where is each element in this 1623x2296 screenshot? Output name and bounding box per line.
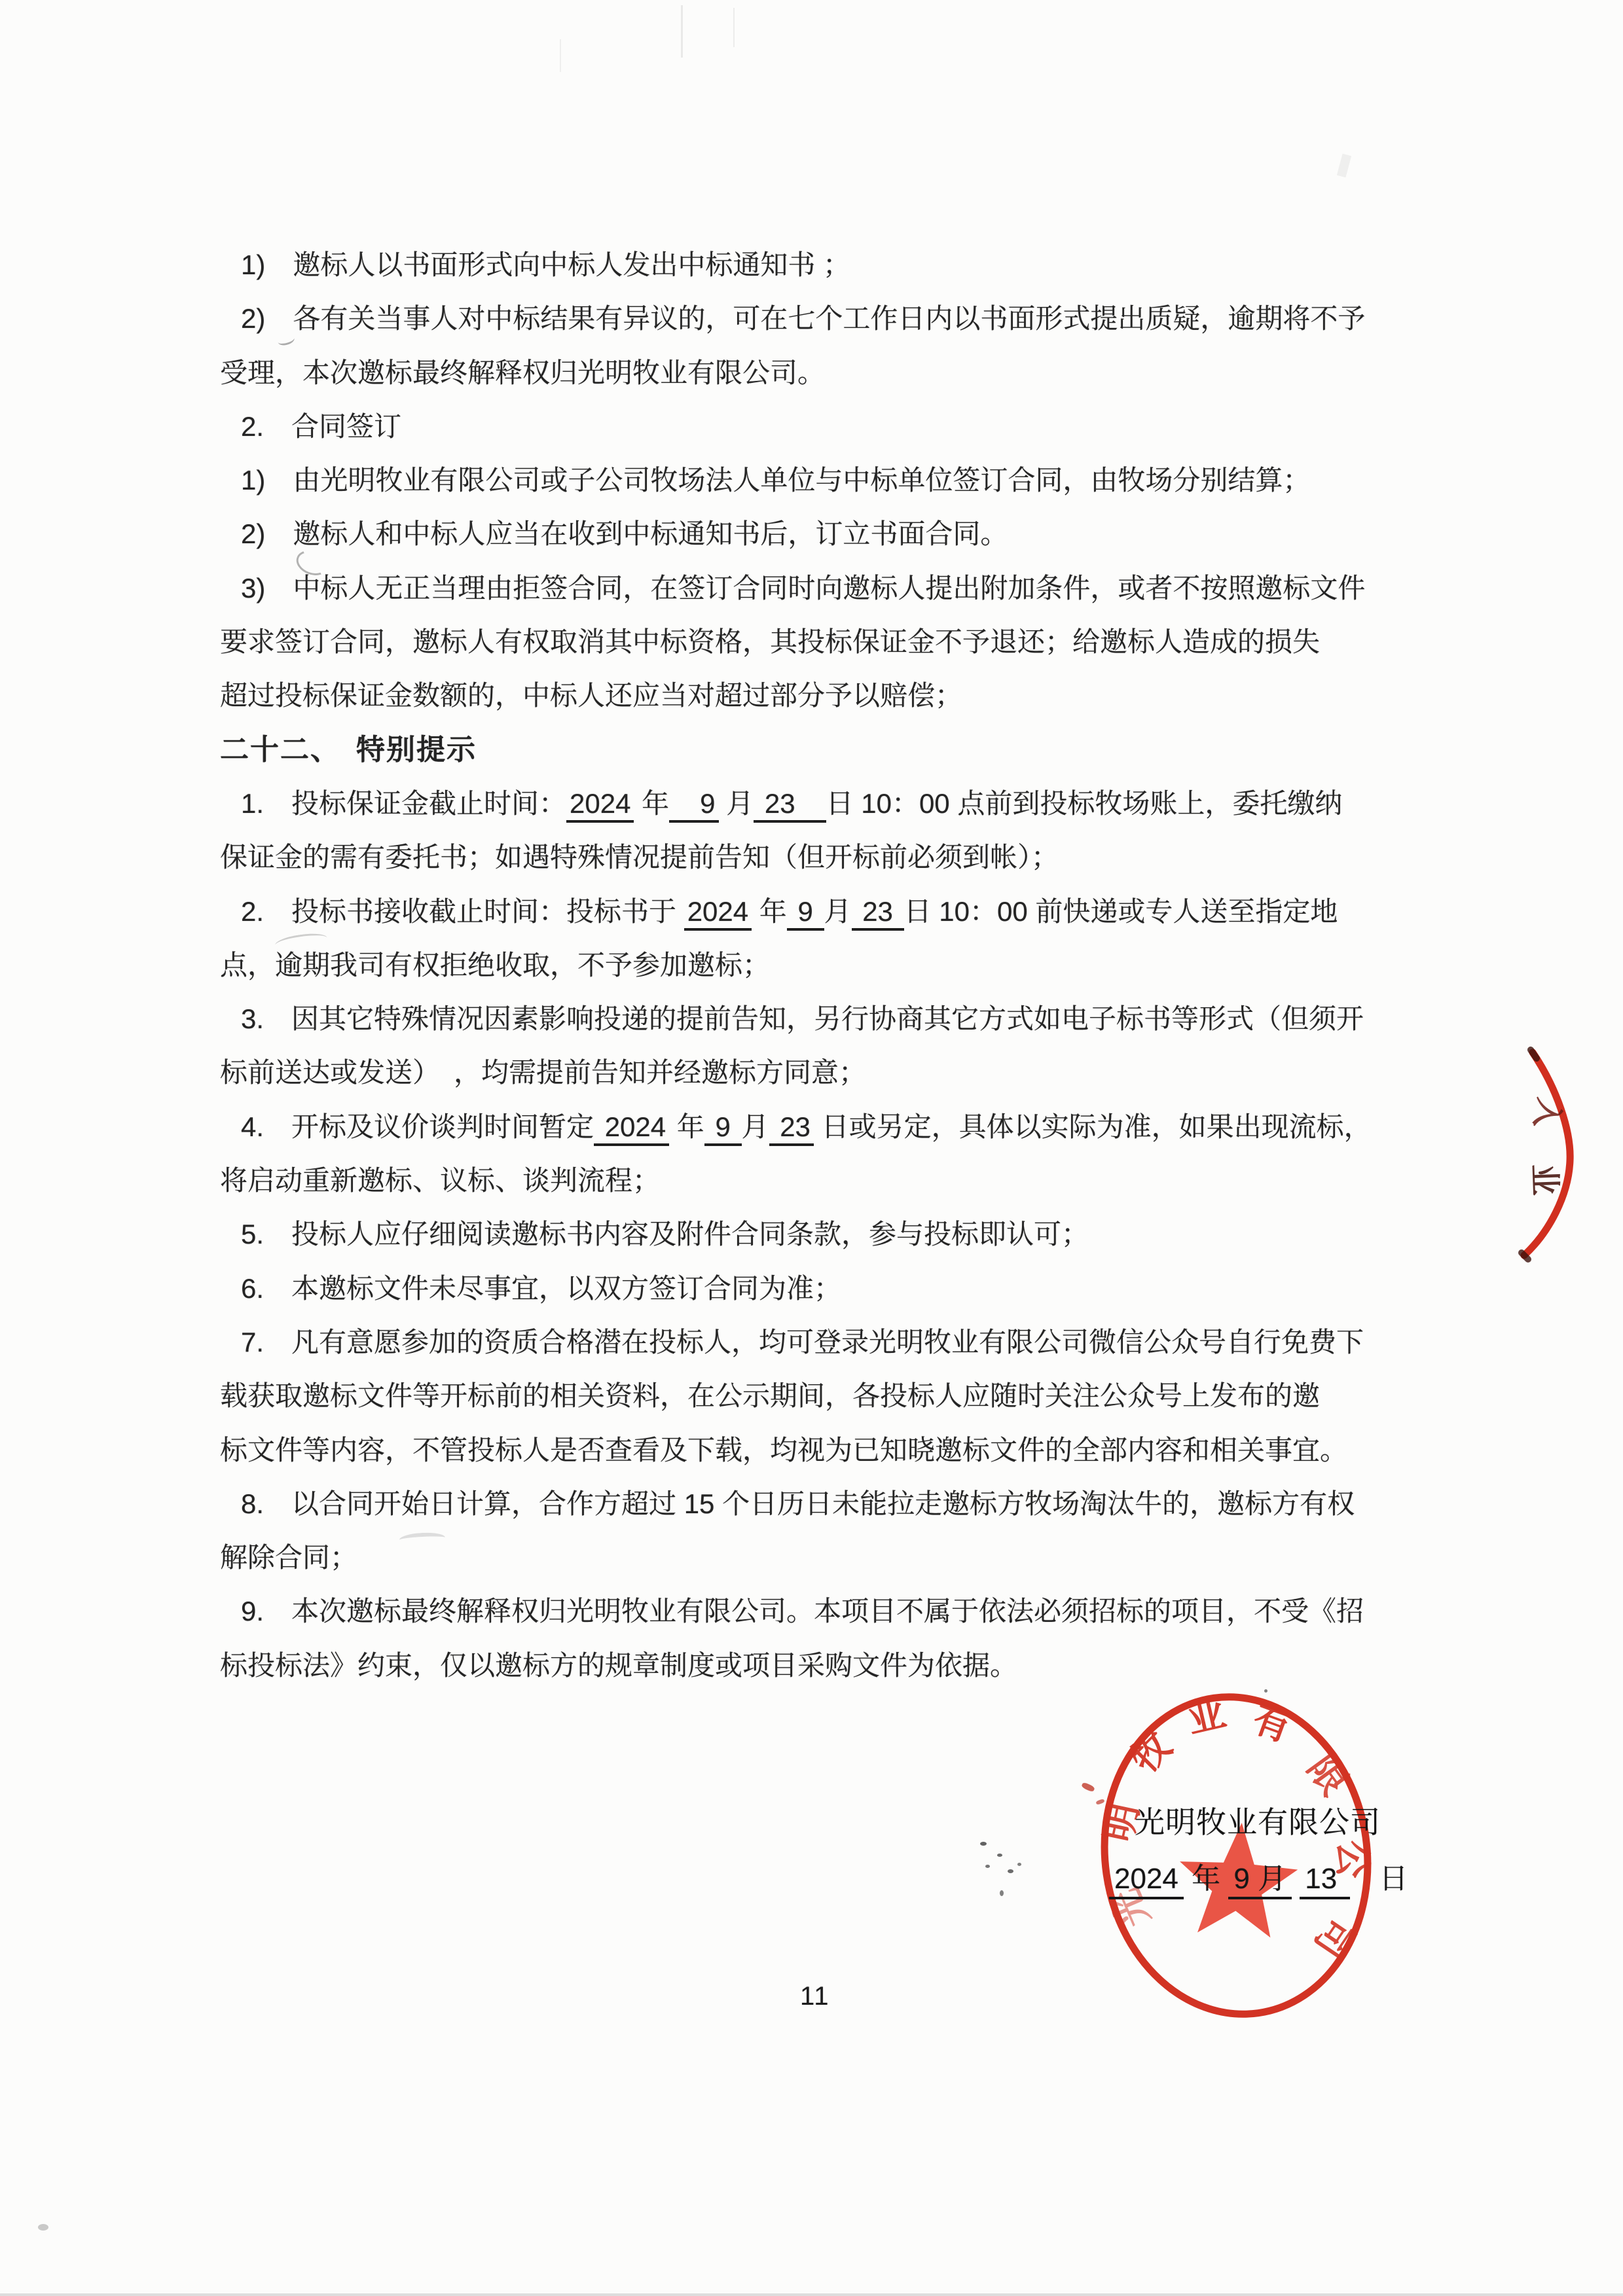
- stamp-company-name: 光明牧业有限公司: [1135, 1799, 1381, 1842]
- text-segment: 2) 各有关当事人对中标结果有异议的，可在七个工作日内以书面形式提出质疑，逾期将…: [241, 303, 1365, 334]
- document-line: 7. 凡有意愿参加的资质合格潜在投标人，均可登录光明牧业有限公司微信公众号自行免…: [220, 1316, 1398, 1369]
- scan-speck: [1000, 1890, 1004, 1896]
- text-segment: 日或另定，具体以实际为准，如果出现流标，: [814, 1111, 1372, 1142]
- document-line: 受理，本次邀标最终解释权归光明牧业有限公司。: [220, 346, 1398, 400]
- text-segment: 3) 中标人无正当理由拒签合同，在签订合同时向邀标人提出附加条件，或者不按照邀标…: [241, 573, 1365, 603]
- scan-speck: [980, 1842, 987, 1846]
- scan-speck: [1017, 1863, 1021, 1866]
- document-line: 2) 邀标人和中标人应当在收到中标通知书后，订立书面合同。: [220, 507, 1398, 561]
- document-line: 8. 以合同开始日计算，合作方超过 15 个日历日未能拉走邀标方牧场淘汰牛的，邀…: [220, 1477, 1398, 1531]
- document-line: 6. 本邀标文件未尽事宜，以双方签订合同为准；: [220, 1262, 1398, 1316]
- underlined-fill-in: 9 月: [1228, 1863, 1292, 1899]
- text-segment: 1) 邀标人以书面形式向中标人发出中标通知书 ；: [241, 249, 850, 280]
- edge-partial-stamp: 入 业: [1498, 1033, 1623, 1268]
- underlined-fill-in: 2024: [684, 896, 752, 931]
- underlined-fill-in: 13: [1300, 1863, 1350, 1899]
- document-line: 1) 由光明牧业有限公司或子公司牧场法人单位与中标单位签订合同，由牧场分别结算；: [220, 454, 1398, 507]
- document-line: 2. 合同签订: [220, 400, 1398, 454]
- text-segment: 7. 凡有意愿参加的资质合格潜在投标人，均可登录光明牧业有限公司微信公众号自行免…: [241, 1327, 1364, 1357]
- text-segment: 3. 因其它特殊情况因素影响投递的提前告知，另行协商其它方式如电子标书等形式（但…: [241, 1003, 1364, 1034]
- text-segment: 日 10：00 点前到投标牧场账上，委托缴纳: [826, 788, 1343, 819]
- underlined-fill-in: 9: [669, 788, 718, 823]
- text-segment: 月: [719, 788, 754, 819]
- edge-stamp-arc: [1524, 1052, 1570, 1255]
- text-segment: 点，逾期我司有权拒绝收取，不予参加邀标；: [220, 950, 770, 980]
- scan-speck: [985, 1865, 990, 1868]
- underlined-fill-in: 2024: [566, 788, 634, 823]
- text-segment: 1) 由光明牧业有限公司或子公司牧场法人单位与中标单位签订合同，由牧场分别结算；: [241, 465, 1310, 495]
- text-segment: 要求签订合同，邀标人有权取消其中标资格，其投标保证金不予退还；给邀标人造成的损失: [220, 626, 1320, 657]
- text-segment: 月: [824, 896, 852, 927]
- scan-streak: [681, 5, 683, 58]
- document-line: 2. 投标书接收截止时间：投标书于 2024 年 9 月 23 日 10：00 …: [220, 885, 1398, 939]
- text-segment: 超过投标保证金数额的，中标人还应当对超过部分予以赔偿；: [220, 680, 962, 711]
- document-line: 标文件等内容，不管投标人是否查看及下载，均视为已知晓邀标文件的全部内容和相关事宜…: [220, 1424, 1398, 1477]
- document-line: 点，逾期我司有权拒绝收取，不予参加邀标；: [220, 939, 1398, 992]
- text-segment: 标投标法》约束，仅以邀标方的规章制度或项目采购文件为依据。: [220, 1650, 1017, 1681]
- underlined-fill-in: 23: [754, 788, 826, 823]
- underlined-fill-in: 9: [787, 896, 824, 931]
- text-segment: 2. 投标书接收截止时间：投标书于: [241, 896, 684, 927]
- text-segment: 1. 投标保证金截止时间：: [241, 788, 566, 819]
- underlined-fill-in: 2024: [594, 1111, 669, 1146]
- document-line: 2) 各有关当事人对中标结果有异议的，可在七个工作日内以书面形式提出质疑，逾期将…: [220, 292, 1398, 346]
- scan-speck: [1264, 1689, 1267, 1693]
- underlined-fill-in: 9: [704, 1111, 742, 1146]
- stamp-date-line: 2024 年 9 月 13 日: [1109, 1855, 1408, 1897]
- underlined-fill-in: 2024: [1109, 1863, 1184, 1899]
- text-segment: 日 10：00 前快递或专人送至指定地: [904, 896, 1338, 927]
- scan-speck: [38, 2224, 48, 2231]
- document-line: 保证金的需有委托书；如遇特殊情况提前告知（但开标前必须到帐）；: [220, 831, 1398, 884]
- text-segment: 标前送达或发送） ，均需提前告知并经邀标方同意；: [220, 1057, 866, 1088]
- document-line: 4. 开标及议价谈判时间暂定 2024 年 9 月 23 日或另定，具体以实际为…: [220, 1100, 1398, 1154]
- underlined-fill-in: 23: [852, 896, 904, 931]
- document-lines: 1) 邀标人以书面形式向中标人发出中标通知书 ；2) 各有关当事人对中标结果有异…: [220, 238, 1398, 1693]
- text-segment: 9. 本次邀标最终解释权归光明牧业有限公司。本项目不属于依法必须招标的项目，不受…: [241, 1596, 1364, 1626]
- text-segment: 日: [1350, 1863, 1408, 1895]
- text-segment: 保证金的需有委托书；如遇特殊情况提前告知（但开标前必须到帐）；: [220, 842, 1059, 872]
- document-line: 将启动重新邀标、议标、谈判流程；: [220, 1154, 1398, 1208]
- document-line: 解除合同；: [220, 1531, 1398, 1585]
- seal-ring-char: 司: [1306, 1910, 1362, 1965]
- document-line: 9. 本次邀标最终解释权归光明牧业有限公司。本项目不属于依法必须招标的项目，不受…: [220, 1585, 1398, 1638]
- document-line: 载获取邀标文件等开标前的相关资料，在公示期间，各投标人应随时关注公众号上发布的邀: [220, 1369, 1398, 1423]
- scan-speck: [1008, 1869, 1013, 1873]
- seal-ring-char: 有: [1247, 1697, 1298, 1750]
- seal-ring-char: 牧: [1123, 1724, 1180, 1781]
- scan-speck: [997, 1854, 1002, 1857]
- text-segment: 2. 合同签订: [241, 411, 401, 442]
- text-segment: 5. 投标人应仔细阅读邀标书内容及附件合同条款，参与投标即认可；: [241, 1219, 1089, 1249]
- text-segment: 解除合同；: [220, 1542, 357, 1573]
- text-segment: 月: [742, 1111, 769, 1142]
- underlined-fill-in: 23: [769, 1111, 814, 1146]
- document-line: 3. 因其它特殊情况因素影响投递的提前告知，另行协商其它方式如电子标书等形式（但…: [220, 992, 1398, 1046]
- section-heading: 二十二、 特别提示: [220, 723, 1398, 777]
- text-segment: 标文件等内容，不管投标人是否查看及下载，均视为已知晓邀标文件的全部内容和相关事宜…: [220, 1435, 1347, 1465]
- text-segment: 将启动重新邀标、议标、谈判流程；: [220, 1165, 660, 1196]
- scan-streak: [1337, 154, 1351, 177]
- document-line: 1) 邀标人以书面形式向中标人发出中标通知书 ；: [220, 238, 1398, 292]
- document-line: 超过投标保证金数额的，中标人还应当对超过部分予以赔偿；: [220, 669, 1398, 723]
- text-segment: 年: [669, 1111, 704, 1142]
- scanned-document-page: 1) 邀标人以书面形式向中标人发出中标通知书 ；2) 各有关当事人对中标结果有异…: [0, 0, 1623, 2296]
- page-number: 11: [800, 1982, 830, 2011]
- scan-page-edge: [0, 2293, 1623, 2296]
- scan-streak: [560, 39, 561, 72]
- text-segment: 4. 开标及议价谈判时间暂定: [241, 1111, 594, 1142]
- document-line: 3) 中标人无正当理由拒签合同，在签订合同时向邀标人提出附加条件，或者不按照邀标…: [220, 562, 1398, 615]
- text-segment: 年: [1184, 1863, 1228, 1895]
- text-segment: 年: [634, 788, 669, 819]
- document-line: 1. 投标保证金截止时间：2024 年 9 月 23 日 10：00 点前到投标…: [220, 777, 1398, 831]
- text-segment: 8. 以合同开始日计算，合作方超过 15 个日历日未能拉走邀标方牧场淘汰牛的，邀…: [241, 1488, 1355, 1519]
- text-segment: 受理，本次邀标最终解释权归光明牧业有限公司。: [220, 357, 825, 388]
- document-line: 5. 投标人应仔细阅读邀标书内容及附件合同条款，参与投标即认可；: [220, 1208, 1398, 1261]
- seal-ring-char: 限: [1300, 1748, 1357, 1803]
- text-segment: [1292, 1863, 1300, 1895]
- text-segment: 年: [752, 896, 787, 927]
- text-segment: 载获取邀标文件等开标前的相关资料，在公示期间，各投标人应随时关注公众号上发布的邀: [220, 1380, 1320, 1411]
- document-line: 要求签订合同，邀标人有权取消其中标资格，其投标保证金不予退还；给邀标人造成的损失: [220, 615, 1398, 669]
- scan-streak: [733, 8, 735, 47]
- text-segment: 2) 邀标人和中标人应当在收到中标通知书后，订立书面合同。: [241, 518, 1008, 549]
- edge-stamp-char: 业: [1526, 1164, 1562, 1196]
- text-segment: 6. 本邀标文件未尽事宜，以双方签订合同为准；: [241, 1273, 841, 1304]
- edge-stamp-char: 入: [1528, 1096, 1567, 1131]
- text-segment: 二十二、 特别提示: [220, 734, 477, 766]
- document-line: 标前送达或发送） ，均需提前告知并经邀标方同意；: [220, 1046, 1398, 1100]
